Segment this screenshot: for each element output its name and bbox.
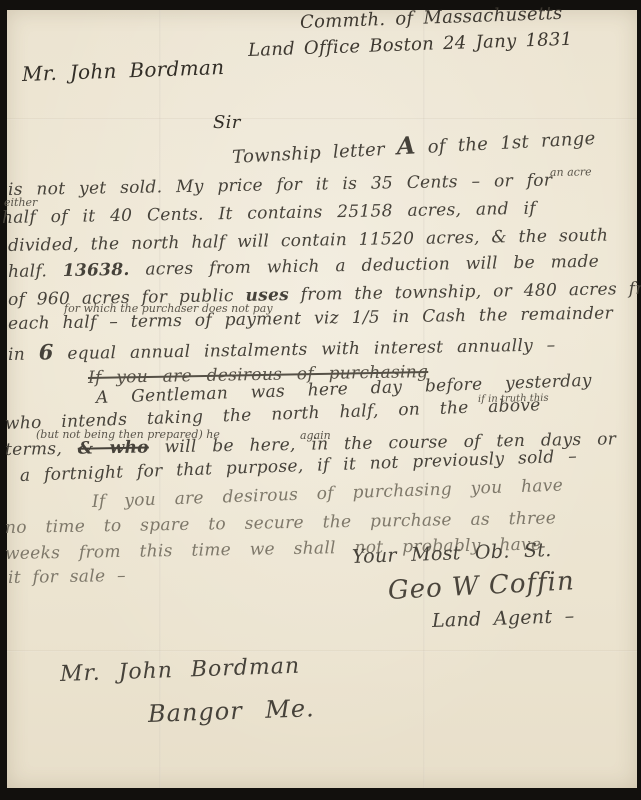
signature-geo-w-coffin: Geo W Coffin [387,566,575,606]
signer-title: Land Agent – [432,605,575,632]
body-line-1-tail: of the 1st range [415,128,596,158]
letter-text-layer: Commth. of Massachusetts Land Office Bos… [0,0,641,800]
body-line-1-text: Township letter [232,138,398,168]
salutation: Sir [213,112,241,133]
scanned-letter-page: { "document_type": "handwritten letter (… [0,0,641,800]
body-line-5-c: acres from which a deduction will be mad… [130,252,600,280]
body-line-3: half of it 40 Cents. It contains 25158 a… [2,199,536,228]
body-line-2: is not yet sold. My price for it is 35 C… [8,171,553,200]
struck-word-and-who: & who [78,437,149,458]
body-line-1: Township letter A of the 1st range [231,121,596,169]
body-line-8-c: equal annual instalments with interest a… [53,335,555,364]
body-line-6-c: from the township, or 480 acres from [289,278,641,305]
body-line-8-a: in [8,344,39,365]
letter-heading-commonwealth: Commth. of Massachusetts [300,3,563,33]
interline-insert-an-acre: an acre [550,165,592,179]
body-line-5: half. 13638. acres from which a deductio… [8,252,599,282]
body-line-8: in 6 equal annual instalments with inter… [8,330,556,365]
address-recipient-name: Mr. John Bordman [60,654,301,687]
letter-dateline: Land Office Boston 24 Jany 1831 [248,29,573,61]
recipient-name-top: Mr. John Bordman [22,55,225,86]
body-line-4: divided, the north half will contain 115… [8,226,609,256]
address-city: Bangor Me. [148,694,316,728]
body-line-12-b: will be here, [149,435,312,458]
acreage-south-half: 13638. [63,260,130,281]
body-line-15: no time to spare to secure the purchase … [5,508,557,538]
body-line-17: it for sale – [8,566,126,588]
body-line-5-a: half. [8,261,63,282]
body-line-12-a: terms, [5,439,78,460]
township-letter-A: A [396,130,416,160]
instalments-count: 6 [38,339,53,364]
